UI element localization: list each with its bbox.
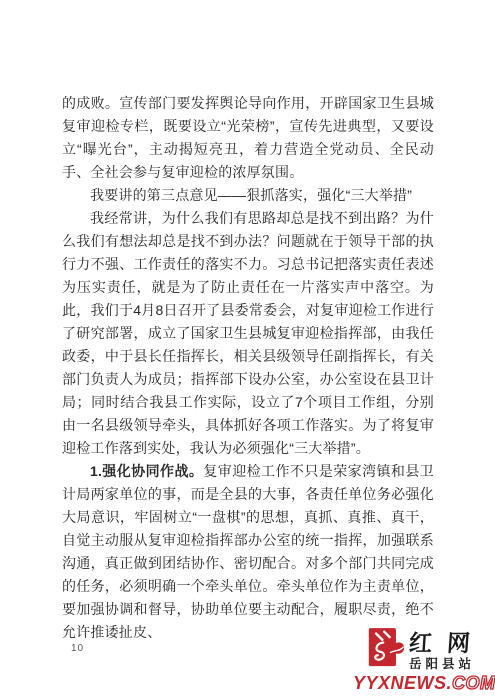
paragraph-body: 我经常讲，为什么我们有思路却总是找不到出路？为什么我们有想法却总是找不到办法？问… [62, 207, 434, 460]
logo-top-row: 红网 岳阳县站 [367, 625, 493, 671]
rednet-watermark: 红网 岳阳县站 YYXNEWS.COM [353, 625, 493, 693]
paragraph-text: 复审迎检工作不只是荣家湾镇和县卫计局两家单位的事，而是全县的大事，各责任单位务必… [62, 463, 434, 640]
site-url-main: YYXNEWS. [353, 673, 452, 693]
site-url-suffix: COM [452, 673, 495, 693]
paragraph-continuation: 的成败。宣传部门要发挥舆论导向作用，开辟国家卫生县城复审迎检专栏，既要设立“光荣… [62, 92, 434, 184]
document-body: 的成败。宣传部门要发挥舆论导向作用，开辟国家卫生县城复审迎检专栏，既要设立“光荣… [62, 92, 434, 644]
scanned-document-page: 的成败。宣传部门要发挥舆论导向作用，开辟国家卫生县城复审迎检专栏，既要设立“光荣… [0, 0, 495, 700]
station-name: 岳阳县站 [409, 657, 485, 671]
rednet-logo-icon [367, 625, 405, 671]
logo-text-column: 红网 岳阳县站 [409, 625, 485, 671]
paragraph-text: 我要讲的第三点意见——狠抓落实，强化“三大举措” [90, 187, 412, 203]
page-number: 10 [71, 643, 84, 654]
paragraph-text: 我经常讲，为什么我们有思路却总是找不到出路？为什么我们有想法却总是找不到办法？问… [62, 210, 434, 456]
paragraph-section-heading: 我要讲的第三点意见——狠抓落实，强化“三大举措” [62, 184, 434, 207]
site-url: YYXNEWS.COM [353, 673, 493, 693]
paragraph-text: 的成败。宣传部门要发挥舆论导向作用，开辟国家卫生县城复审迎检专栏，既要设立“光荣… [62, 95, 434, 180]
site-name: 红网 [408, 632, 486, 656]
paragraph-point-1: 1.强化协同作战。复审迎检工作不只是荣家湾镇和县卫计局两家单位的事，而是全县的大… [62, 460, 434, 644]
paragraph-bold-lead: 1.强化协同作战。 [90, 463, 203, 479]
